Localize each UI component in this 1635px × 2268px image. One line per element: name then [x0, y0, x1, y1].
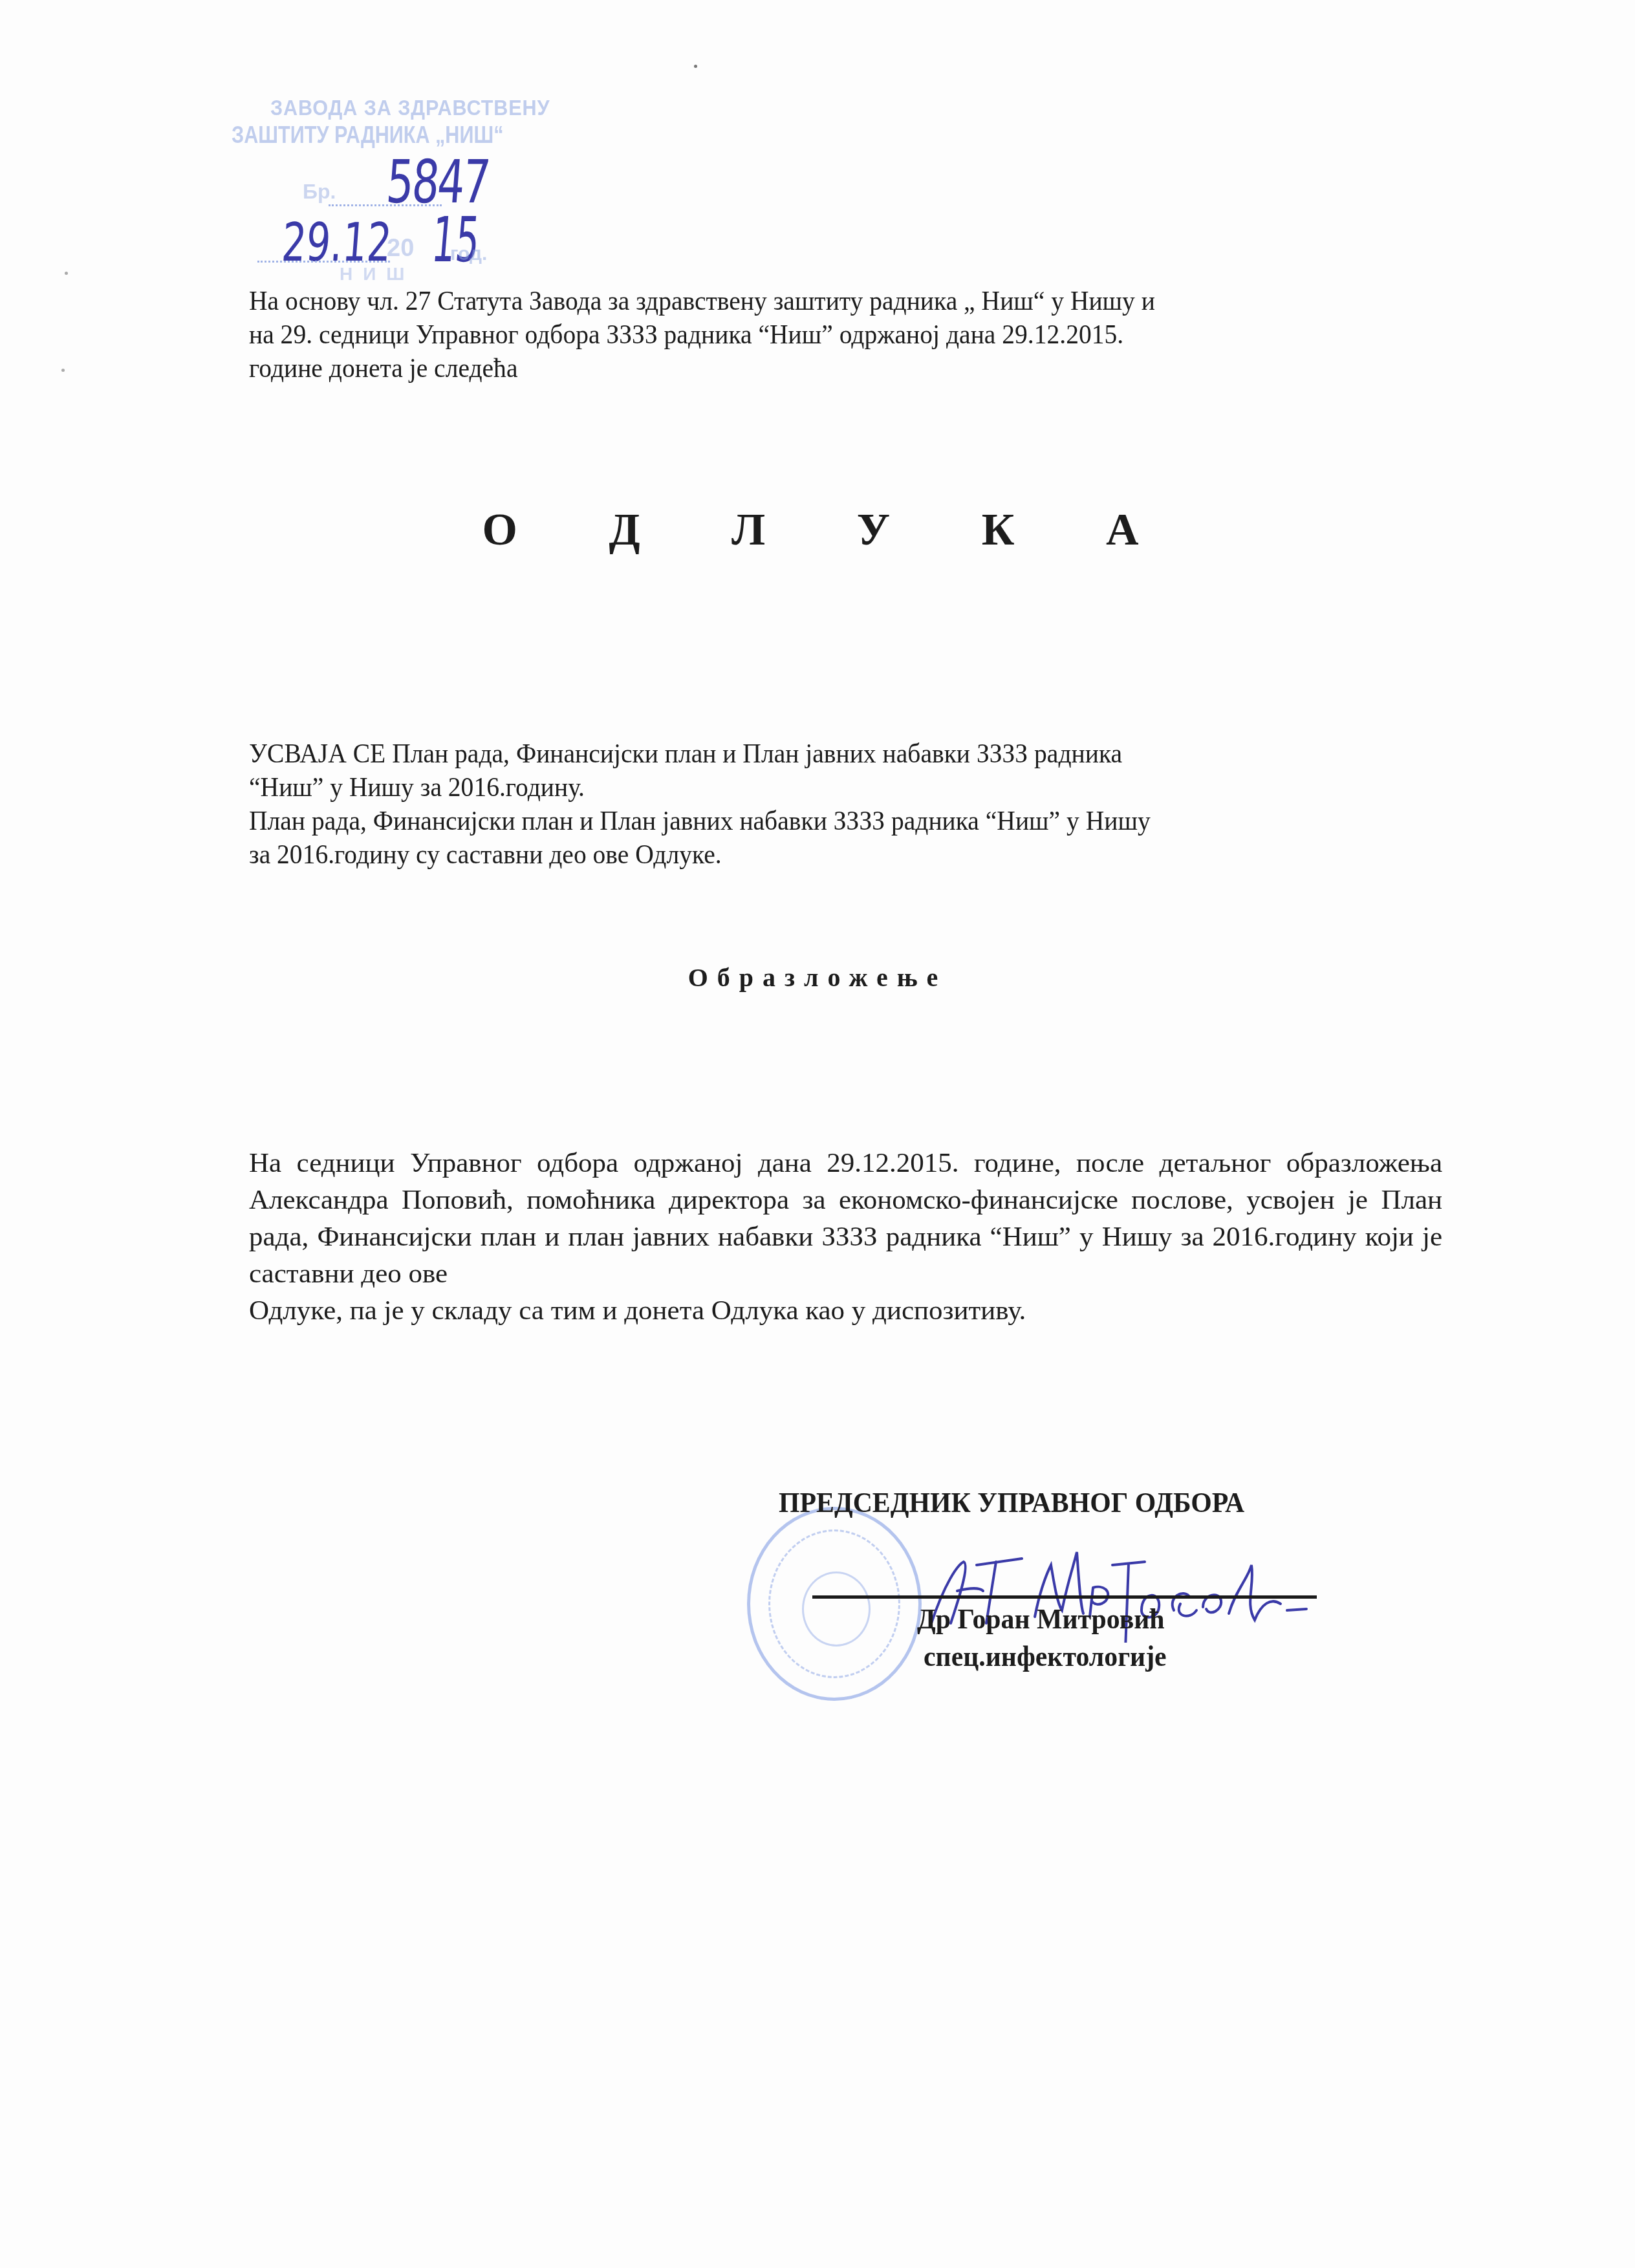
decision-paragraph: УСВАЈА СЕ План рада, Финансијски план и … — [249, 737, 1439, 872]
decision-line: за 2016.годину су саставни део ове Одлук… — [249, 838, 1439, 872]
stamp-year-handwritten: 15 — [429, 204, 482, 276]
stamp-date-line — [257, 261, 390, 263]
round-seal-stamp — [747, 1507, 922, 1701]
stamp-year-printed: 20 — [387, 235, 414, 263]
decision-line: “Ниш” у Нишу за 2016.годину. — [249, 771, 1439, 805]
document-title: О Д Л У К А — [0, 504, 1635, 556]
intro-paragraph: На основу чл. 27 Статута Завода за здрав… — [249, 285, 1439, 385]
intro-line: године донета је следећа — [249, 352, 1439, 385]
signatory-role: ПРЕДСЕДНИК УПРАВНОГ ОДБОРА — [779, 1486, 1244, 1519]
stamp-number-label: Бр. — [303, 180, 336, 204]
scan-speck — [694, 65, 697, 68]
registration-stamp: ЗАВОДА ЗА ЗДРАВСТВЕНУ ЗАШТИТУ РАДНИКА „Н… — [232, 39, 594, 233]
reasoning-heading: Образложење — [0, 962, 1635, 993]
reasoning-last-line: Одлуке, па је у складу са тим и донета О… — [249, 1292, 1442, 1329]
decision-line: План рада, Финансијски план и План јавни… — [249, 805, 1439, 838]
signatory-specialty: спец.инфектологије — [924, 1640, 1167, 1673]
signature-line — [812, 1595, 1317, 1599]
reasoning-text: На седници Управног одбора одржаној дана… — [249, 1148, 1442, 1289]
seal-emblem — [802, 1571, 871, 1647]
stamp-year-suffix: год. — [450, 243, 487, 265]
stamp-institution-line2: ЗАШТИТУ РАДНИКА „НИШ“ — [232, 122, 503, 149]
reasoning-paragraph: На седници Управног одбора одржаној дана… — [249, 1145, 1442, 1329]
scan-speck — [65, 272, 68, 275]
scan-speck — [61, 369, 65, 372]
decision-line: УСВАЈА СЕ План рада, Финансијски план и … — [249, 737, 1439, 771]
intro-line: На основу чл. 27 Статута Завода за здрав… — [249, 285, 1439, 318]
intro-line: на 29. седници Управног одбора ЗЗЗЗ радн… — [249, 318, 1439, 352]
stamp-institution-line1: ЗАВОДА ЗА ЗДРАВСТВЕНУ — [270, 96, 550, 121]
stamp-city: НИШ — [340, 264, 415, 285]
signatory-name: Др Горан Митровић — [917, 1603, 1165, 1636]
